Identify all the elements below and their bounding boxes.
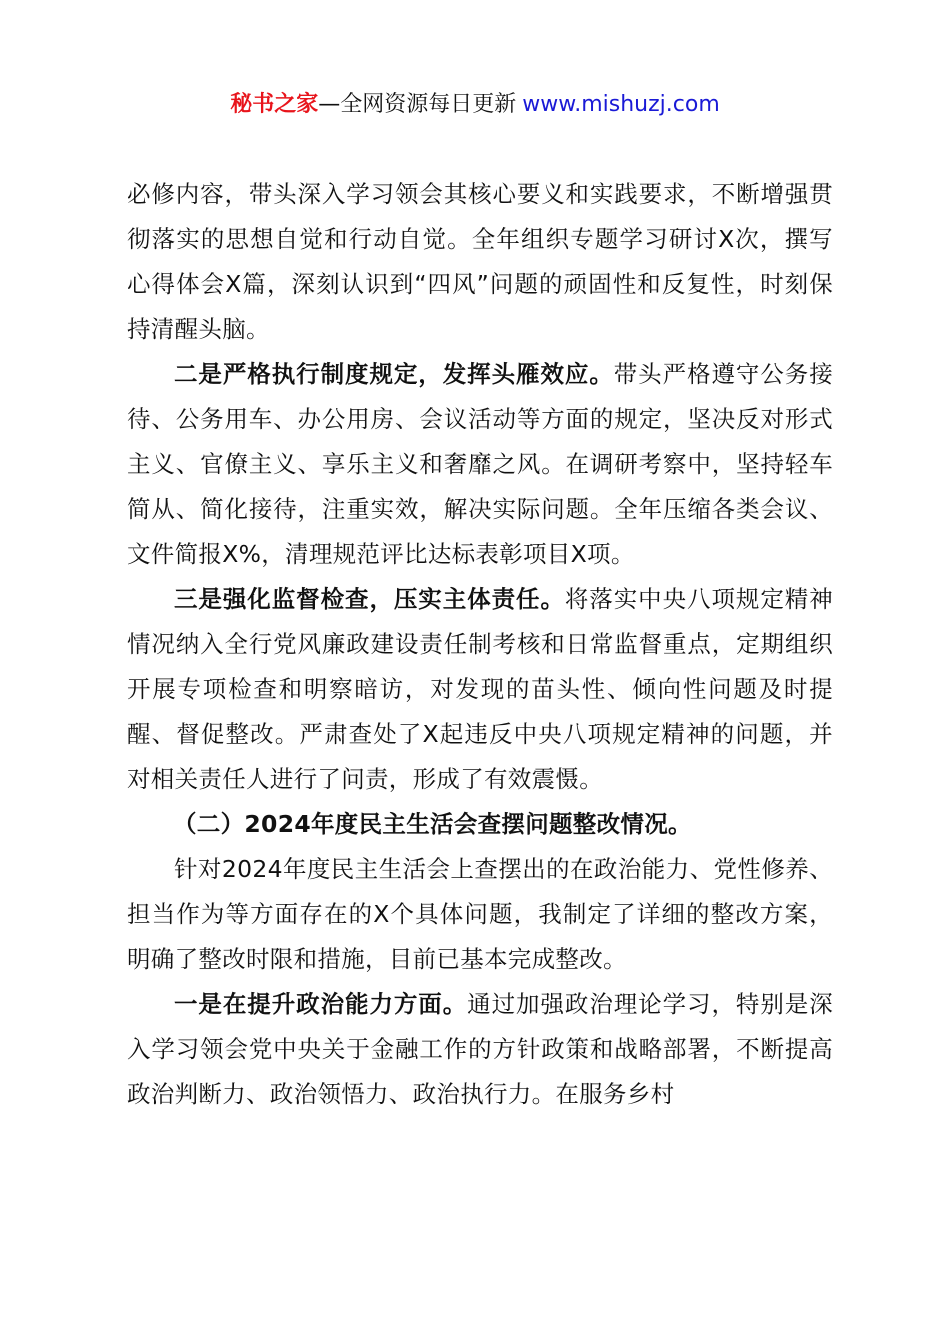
paragraph-political-ability: 一是在提升政治能力方面。通过加强政治理论学习，特别是深入学习领会党中央关于金融工…: [127, 982, 833, 1117]
section-heading: （二）2024年度民主生活会查摆问题整改情况。: [127, 802, 833, 847]
paragraph-lead: 二是严格执行制度规定，发挥头雁效应。: [174, 360, 614, 388]
header-tagline: —全网资源每日更新: [318, 92, 516, 117]
document-body: 必修内容，带头深入学习领会其核心要义和实践要求，不断增强贯彻落实的思想自觉和行动…: [127, 172, 833, 1117]
brand-name: 秘书之家: [230, 92, 318, 117]
paragraph-text: 针对2024年度民主生活会上查摆出的在政治能力、党性修养、担当作为等方面存在的X…: [127, 855, 833, 973]
paragraph-text: 必修内容，带头深入学习领会其核心要义和实践要求，不断增强贯彻落实的思想自觉和行动…: [127, 180, 833, 343]
paragraph-text: 将落实中央八项规定精神情况纳入全行党风廉政建设责任制考核和日常监督重点，定期组织…: [127, 585, 833, 793]
paragraph-strict-rules: 二是严格执行制度规定，发挥头雁效应。带头严格遵守公务接待、公务用车、办公用房、会…: [127, 352, 833, 577]
paragraph-continuation: 必修内容，带头深入学习领会其核心要义和实践要求，不断增强贯彻落实的思想自觉和行动…: [127, 172, 833, 352]
paragraph-text: 带头严格遵守公务接待、公务用车、办公用房、会议活动等方面的规定，坚决反对形式主义…: [127, 360, 833, 568]
site-link[interactable]: www.mishuzj.com: [522, 92, 719, 117]
paragraph-lead: 一是在提升政治能力方面。: [174, 990, 467, 1018]
paragraph-rectification-intro: 针对2024年度民主生活会上查摆出的在政治能力、党性修养、担当作为等方面存在的X…: [127, 847, 833, 982]
paragraph-supervision: 三是强化监督检查，压实主体责任。将落实中央八项规定精神情况纳入全行党风廉政建设责…: [127, 577, 833, 802]
paragraph-lead: 三是强化监督检查，压实主体责任。: [174, 585, 565, 613]
site-header: 秘书之家—全网资源每日更新www.mishuzj.com: [0, 88, 950, 122]
